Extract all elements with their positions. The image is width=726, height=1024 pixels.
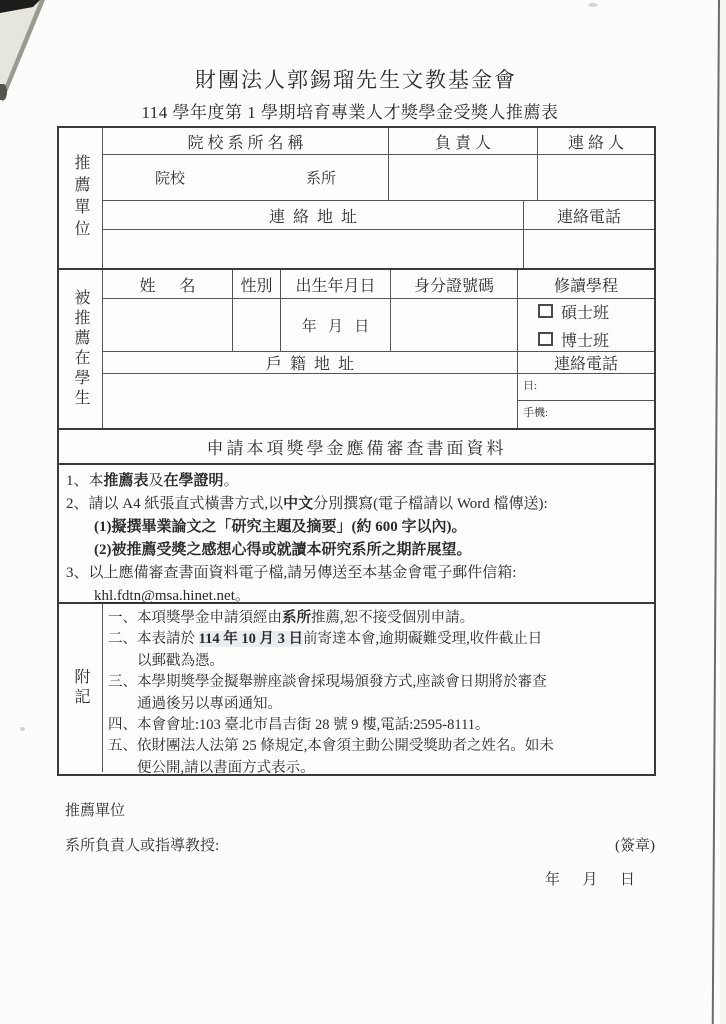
id-number-fill-cell — [390, 299, 517, 351]
form-table: 推薦單位 院 校 系 所 名 稱 負 責 人 連 絡 人 院校 系所 — [57, 126, 656, 776]
phone-day-label: 日: — [518, 374, 654, 401]
gender-fill-cell — [232, 299, 280, 351]
section-recommending-unit: 推薦單位 院 校 系 所 名 稱 負 責 人 連 絡 人 院校 系所 — [59, 128, 654, 268]
note-item-line: 四、本會會址:103 臺北市昌吉街 28 號 9 樓,電話:2595-8111。 — [108, 715, 650, 736]
section-notes: 附記 一、本項獎學金申請須經由系所推薦,恕不接受個別申請。 二、本表請於 114… — [59, 602, 654, 772]
header-birth-date: 出生年月日 — [280, 270, 390, 298]
document-item-line: 2、請以 A4 紙張直式橫書方式,以中文分別撰寫(電子檔請以 Word 檔傳送)… — [66, 493, 548, 516]
document-item-line: (2)被推薦受獎之感想心得或就讀本研究系所之期許展望。 — [66, 539, 548, 562]
program-option-doctoral: 博士班 — [538, 328, 654, 351]
header-id-number: 身分證號碼 — [390, 270, 517, 298]
side-label-recommending-unit: 推薦單位 — [59, 128, 103, 268]
dept-label: 系所 — [306, 167, 336, 188]
header-school-dept-name: 院 校 系 所 名 稱 — [103, 128, 388, 154]
scan-right-edge-line — [712, 0, 720, 1024]
footer-recommending-unit-label: 推薦單位 — [65, 799, 125, 820]
note-item-line: 通過後另以專函通知。 — [108, 694, 650, 715]
form-title: 財團法人郭錫瑠先生文教基金會 — [0, 64, 712, 94]
scan-smudge — [588, 3, 598, 7]
side-label-notes: 附記 — [59, 604, 103, 772]
documents-list: 1、本推薦表及在學證明。 2、請以 A4 紙張直式橫書方式,以中文分別撰寫(電子… — [59, 465, 554, 602]
notes-list: 一、本項獎學金申請須經由系所推薦,恕不接受個別申請。 二、本表請於 114 年 … — [103, 604, 654, 779]
header-household-address: 戶 籍 地 址 — [103, 352, 517, 373]
document-item-line: 3、以上應備審查書面資料電子檔,請另傳送至本基金會電子郵件信箱: — [66, 562, 548, 585]
section-recommended-student: 被推薦在學生 姓 名 性別 出生年月日 身分證號碼 修讀學程 年 月 日 — [59, 268, 654, 428]
note-item-line: 五、依財團法人法第 25 條規定,本會須主動公開受獎助者之姓名。如未 — [108, 736, 650, 757]
footer-seal-label: (簽章) — [615, 834, 655, 855]
document-item-line: 1、本推薦表及在學證明。 — [66, 470, 548, 493]
degree-program-cell: 碩士班 博士班 — [517, 299, 654, 351]
side-label-text: 附記 — [69, 668, 92, 708]
note-item-line: 三、本學期獎學金擬舉辦座談會採現場頒發方式,座談會日期將於審查 — [108, 672, 650, 693]
header-student-phone: 連絡電話 — [517, 352, 654, 373]
scan-smudge — [20, 727, 25, 731]
contact-phone-fill-cell — [523, 230, 654, 268]
program-option-master: 碩士班 — [538, 300, 654, 323]
footer-signature-row: 系所負責人或指導教授: (簽章) — [65, 834, 655, 855]
footer-signer-label: 系所負責人或指導教授: — [65, 834, 219, 855]
side-label-recommended-student: 被推薦在學生 — [59, 270, 103, 428]
header-contact-person: 連 絡 人 — [537, 128, 654, 154]
note-item-line: 便公開,請以書面方式表示。 — [108, 758, 650, 779]
birth-date-fill-cell: 年 月 日 — [280, 299, 390, 351]
header-contact-phone: 連絡電話 — [523, 201, 654, 229]
section-documents-body: 1、本推薦表及在學證明。 2、請以 A4 紙張直式橫書方式,以中文分別撰寫(電子… — [59, 463, 654, 602]
student-name-fill-cell — [103, 299, 232, 351]
checkbox-master — [538, 304, 553, 318]
header-degree-program: 修讀學程 — [517, 270, 654, 298]
header-gender: 性別 — [232, 270, 280, 298]
side-label-text: 被推薦在學生 — [69, 289, 92, 409]
scan-right-edge-shade — [720, 0, 726, 1024]
contact-address-fill-cell — [103, 230, 523, 268]
scanned-form-page: 財團法人郭錫瑠先生文教基金會 114 學年度第 1 學期培育專業人才獎學金受獎人… — [0, 0, 726, 1024]
student-phone-cell: 日: 手機: — [517, 374, 654, 428]
footer-date-line: 年 月 日 — [545, 868, 635, 889]
program-option-label: 博士班 — [561, 328, 609, 351]
checkbox-doctoral — [538, 332, 553, 346]
person-in-charge-fill-cell — [388, 155, 537, 200]
phone-mobile-label: 手機: — [518, 401, 654, 428]
school-dept-fill-cell: 院校 系所 — [103, 155, 388, 200]
form-subtitle: 114 學年度第 1 學期培育專業人才獎學金受獎人推薦表 — [0, 98, 700, 123]
contact-person-fill-cell — [537, 155, 654, 200]
section-documents-header: 申請本項獎學金應備審查書面資料 — [59, 428, 654, 463]
note-item-line: 二、本表請於 114 年 10 月 3 日前寄達本會,逾期礙難受理,收件截止日 — [108, 629, 650, 650]
household-address-fill-cell — [103, 374, 517, 428]
note-item-line: 以郵戳為憑。 — [108, 651, 650, 672]
note-item-line: 一、本項獎學金申請須經由系所推薦,恕不接受個別申請。 — [108, 608, 650, 629]
side-label-text: 推薦單位 — [69, 154, 92, 242]
program-option-label: 碩士班 — [561, 300, 609, 323]
header-contact-address: 連 絡 地 址 — [103, 201, 523, 229]
school-label: 院校 — [155, 167, 185, 188]
header-person-in-charge: 負 責 人 — [388, 128, 537, 154]
document-item-line: (1)擬撰畢業論文之「研究主題及摘要」(約 600 字以內)。 — [66, 516, 548, 539]
header-student-name: 姓 名 — [103, 270, 232, 298]
documents-header-text: 申請本項獎學金應備審查書面資料 — [59, 430, 654, 463]
